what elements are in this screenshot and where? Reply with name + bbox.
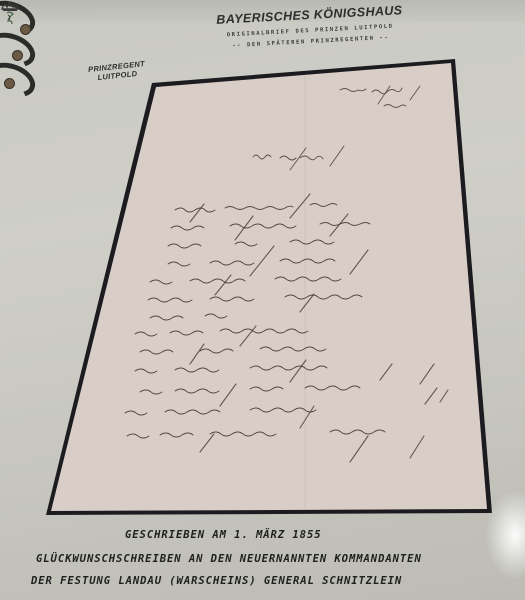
- album-page: BAYERISCHES KÖNIGSHAUS ORIGINALBRIEF DES…: [0, 0, 525, 600]
- light-glare: [485, 490, 525, 580]
- caption-date: GESCHRIEBEN AM 1. MÄRZ 1855: [125, 529, 525, 541]
- framed-letter: [0, 0, 525, 600]
- caption-description-line2: DER FESTUNG LANDAU (WARSCHEINS) GENERAL …: [31, 575, 525, 587]
- royal-crown-monogram-icon: [0, 0, 20, 26]
- caption-description-line1: GLÜCKWUNSCHSCHREIBEN AN DEN NEUERNANNTEN…: [36, 553, 525, 565]
- letter-paper: [0, 0, 525, 600]
